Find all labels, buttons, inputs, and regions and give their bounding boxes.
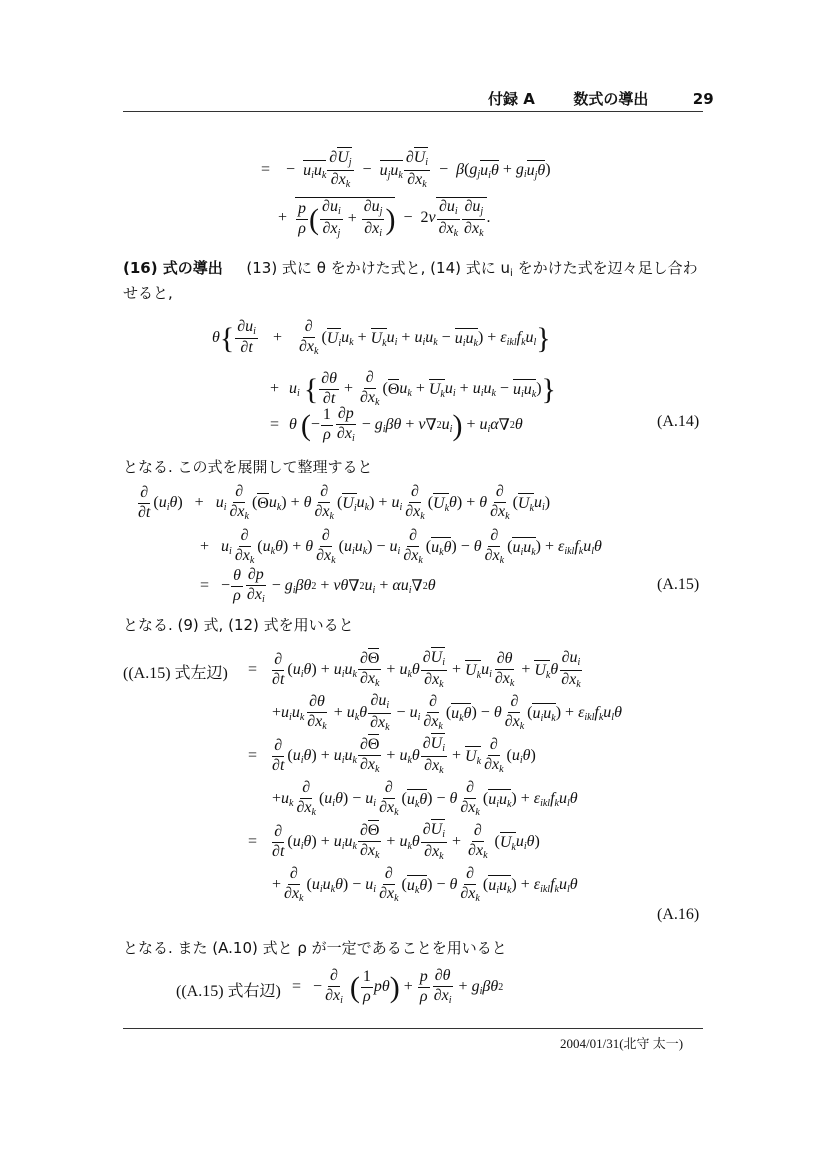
paragraph-expand: となる. この式を展開して整理すると <box>123 456 373 477</box>
section16-heading: (16) 式の導出 <box>123 259 223 277</box>
eq-rhs-line1: = −∂∂xi (1ρpθ) + pρ∂θ∂xi + giβθ2 <box>292 962 503 1012</box>
top-equation-line1: =− uiuk ∂Uj∂xk − ujuk ∂Ui∂xk −β(gjuiθ + … <box>253 145 551 195</box>
eq-a16-label: (A.16) <box>657 906 699 924</box>
section-title: 数式の導出 <box>573 90 648 108</box>
eq-a14-label: (A.14) <box>657 413 699 431</box>
paragraph-using-9-12: となる. (9) 式, (12) 式を用いると <box>123 614 354 635</box>
chapter-label: 付録 A <box>488 90 535 108</box>
eq-a16-line4: +uk∂∂xk(uiθ) − ui∂∂xk(ukθ) − θ∂∂xk(uiuk)… <box>272 776 578 822</box>
section16-paragraph-line1: (16) 式の導出 (13) 式に θ をかけた式と, (14) 式に ui を… <box>123 257 698 279</box>
eq-a16-line1: = ∂∂t(uiθ) + uiuk∂Θ∂xk + ukθ∂Ui∂xk + Uku… <box>248 646 584 694</box>
eq-a16-line6: +∂∂xk(uiukθ) − ui∂∂xk(ukθ) − θ∂∂xk(uiuk)… <box>272 862 578 908</box>
running-header: 付録 A 数式の導出 29 <box>488 88 714 109</box>
page-number: 29 <box>693 90 714 108</box>
eq-a14-line3: = θ (−1ρ ∂p∂xi − giβθ + ν∇2ui) + uiα∇2θ <box>270 402 523 448</box>
section16-paragraph-line2: せると, <box>123 282 173 303</box>
footer-date-author: 2004/01/31(北守 太一) <box>560 1033 683 1052</box>
top-equation-line2: + pρ ( ∂ui∂xj + ∂uj∂xi ) −2ν ∂ui∂xk ∂uj∂… <box>270 193 491 243</box>
eq-rhs-lhs: ((A.15) 式右辺) <box>176 978 281 1001</box>
header-rule <box>123 111 703 112</box>
eq-a16-line2: +uiuk∂θ∂xk + ukθ∂ui∂xk − ui∂∂xk(ukθ) − θ… <box>272 690 622 736</box>
eq-a16-lhs: ((A.15) 式左辺) <box>123 660 228 683</box>
footer-rule <box>123 1028 703 1029</box>
eq-a16-line3: = ∂∂t(uiθ) + uiuk∂Θ∂xk + ukθ∂Ui∂xk + Uk∂… <box>248 732 536 780</box>
eq-a15-line1: ∂∂t(uiθ) + ui∂∂xk(Θuk) + θ∂∂xk(Uiuk) + u… <box>135 480 550 526</box>
eq-a14-line1: θ{ ∂ui∂t + ∂∂xk (Uiuk + Ukui + uiuk − ui… <box>212 312 551 364</box>
paragraph-using-a10: となる. また (A.10) 式と ρ が一定であることを用いると <box>123 937 507 958</box>
eq-a15-label: (A.15) <box>657 576 699 594</box>
eq-a16-line5: = ∂∂t(uiθ) + uiuk∂Θ∂xk + ukθ∂Ui∂xk + ∂∂x… <box>248 818 540 866</box>
eq-a15-line3: = −θρ∂p∂xi − giβθ2 + νθ∇2ui + αui∇2θ <box>200 564 436 608</box>
